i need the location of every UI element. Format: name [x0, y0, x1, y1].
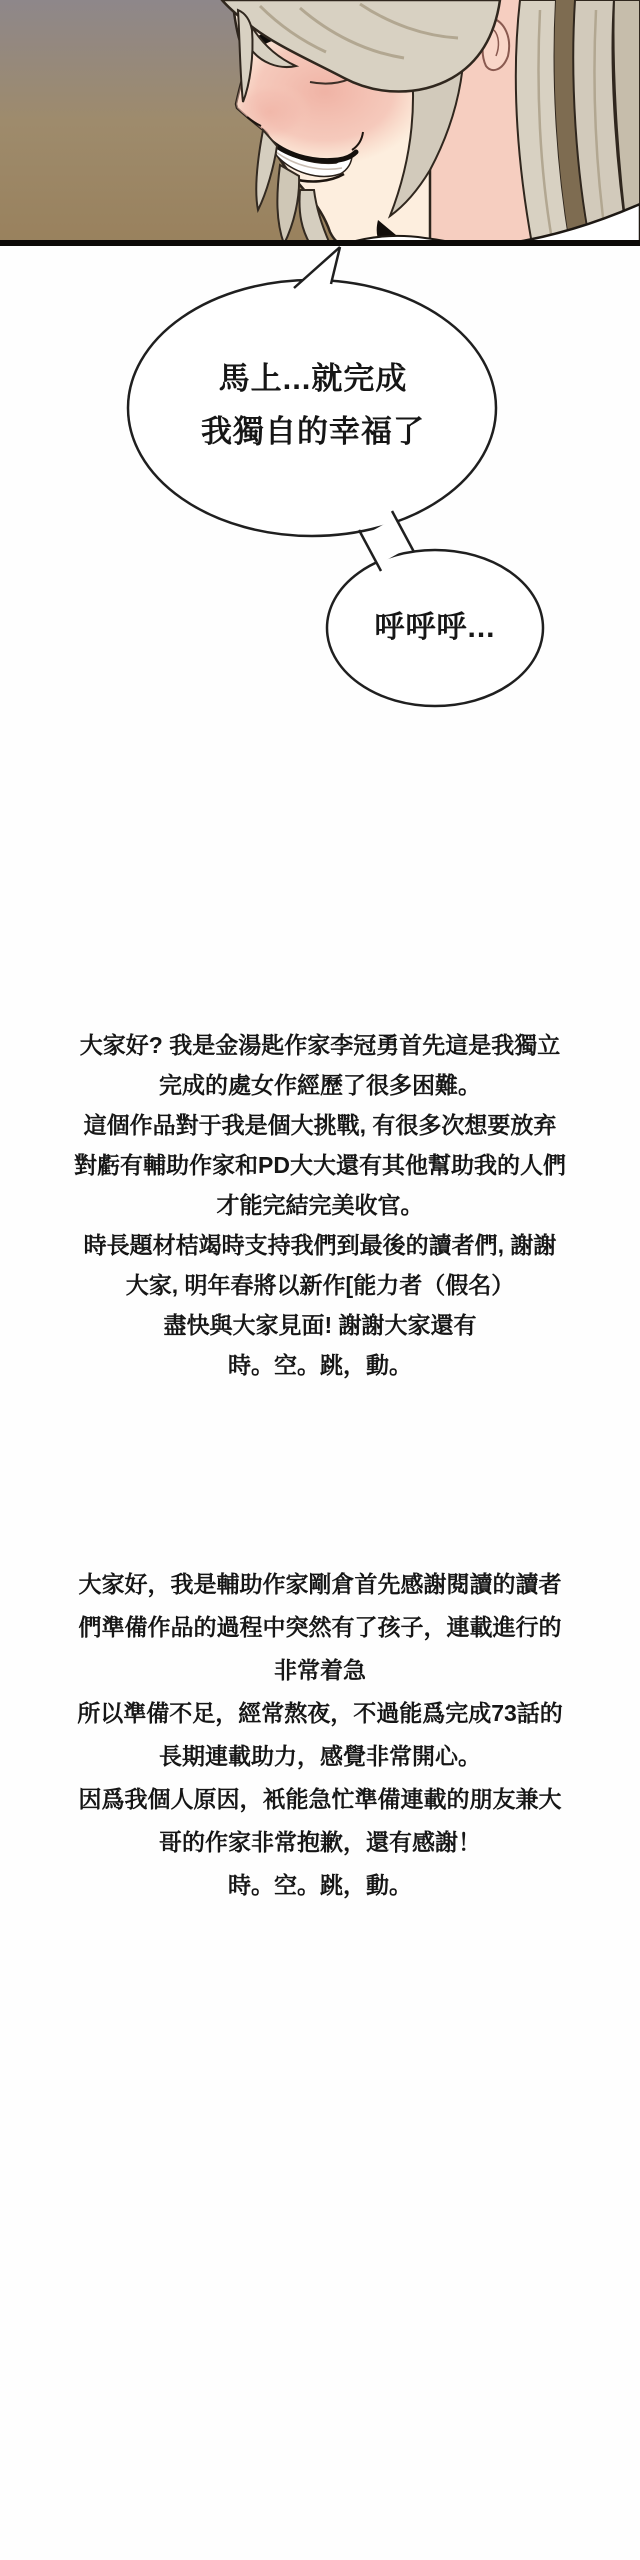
note-line: 們準備作品的過程中突然有了孩子，連載進行的	[0, 1606, 640, 1649]
note-line: 完成的處女作經歷了很多困難。	[0, 1065, 640, 1105]
bubble-text-line: 呼呼呼...	[327, 610, 543, 646]
panel-art	[0, 0, 640, 244]
speech-bubble-large-text: 馬上...就完成 我獨自的幸福了	[128, 352, 498, 458]
note-line: 盡快與大家見面! 謝謝大家還有	[0, 1305, 640, 1345]
bubble-text-line: 我獨自的幸福了	[128, 405, 498, 458]
author-note-2: 大家好，我是輔助作家剛倉首先感謝閱讀的讀者 們準備作品的過程中突然有了孩子，連載…	[0, 1563, 640, 1907]
note-line: 對虧有輔助作家和PD大大還有其他幫助我的人們	[0, 1145, 640, 1185]
comic-page: 馬上...就完成 我獨自的幸福了 呼呼呼... 大家好? 我是金湯匙作家李冠勇首…	[0, 0, 640, 2560]
panel-border	[0, 240, 640, 246]
note-line: 才能完結完美收官。	[0, 1185, 640, 1225]
note-line: 大家, 明年春將以新作[能力者（假名）	[0, 1265, 640, 1305]
note-line: 這個作品對于我是個大挑戰, 有很多次想要放弃	[0, 1105, 640, 1145]
note-line: 時。空。跳，動。	[0, 1345, 640, 1385]
bubble-text-line: 馬上...就完成	[128, 352, 498, 405]
speech-bubble-small-text: 呼呼呼...	[327, 610, 543, 646]
note-line: 因爲我個人原因，衹能急忙準備連載的朋友兼大	[0, 1778, 640, 1821]
note-line: 非常着急	[0, 1649, 640, 1692]
note-line: 所以準備不足，經常熬夜，不過能爲完成73話的	[0, 1692, 640, 1735]
note-line: 時。空。跳，動。	[0, 1864, 640, 1907]
author-note-1: 大家好? 我是金湯匙作家李冠勇首先這是我獨立 完成的處女作經歷了很多困難。 這個…	[0, 1025, 640, 1385]
note-line: 時長題材桔竭時支持我們到最後的讀者們, 謝謝	[0, 1225, 640, 1265]
note-line: 大家好? 我是金湯匙作家李冠勇首先這是我獨立	[0, 1025, 640, 1065]
note-line: 哥的作家非常抱歉，還有感謝！	[0, 1821, 640, 1864]
note-line: 大家好，我是輔助作家剛倉首先感謝閱讀的讀者	[0, 1563, 640, 1606]
note-line: 長期連載助力，感覺非常開心。	[0, 1735, 640, 1778]
